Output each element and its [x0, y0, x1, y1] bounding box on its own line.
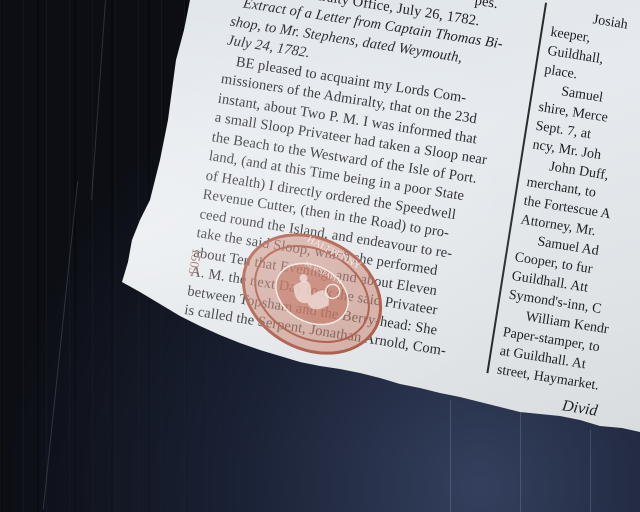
notice-line: Samuel Ad [516, 229, 640, 271]
notice-line: Guildhall, [546, 42, 640, 84]
article-dateline: Admiralty Office, July 26, 1782. [235, 0, 534, 40]
article-line: a small Sloop Privateer had taken a Sloo… [213, 108, 512, 174]
notice-line: Paper-stamper, to [501, 323, 640, 365]
notice-line: Samuel [540, 79, 640, 121]
article-line: A. M. the next Day took the said Private… [189, 263, 488, 329]
column-rule [486, 3, 546, 374]
svg-text:NEWSPAPER: NEWSPAPER [303, 260, 343, 286]
notice-line: John Duff, [528, 154, 640, 196]
notice-line: William Kendr [504, 304, 640, 346]
wood-scratch [590, 430, 591, 512]
article-line: BE pleased to acquaint my Lords Com- [223, 51, 522, 117]
article-line: the Beach to the Westward of the Isle of… [210, 128, 509, 194]
article-line: missioners of the Admiralty, that on the… [220, 70, 519, 136]
notice-line: the Fortescue A [522, 192, 640, 234]
notice-line: Josiah [552, 4, 640, 46]
svg-text:HALFPENNY: HALFPENNY [305, 234, 363, 272]
article-column-left: pes. Admiralty Office, July 26, 1782. Ex… [183, 0, 537, 367]
article-line: of Health) I directly ordered the Speedw… [204, 166, 503, 232]
notice-line: ncy, Mr. Joh [531, 136, 640, 178]
notice-line: Sept. 7, at [534, 117, 640, 159]
notice-line: Symond's-inn, C [507, 286, 640, 328]
article-line: instant, about Two P. M. I was informed … [216, 89, 515, 155]
notice-line: at Guildhall. At [498, 342, 640, 384]
article-line: Revenue Cutter, (then in the Road) to pr… [201, 186, 500, 252]
wood-scratch [450, 400, 451, 512]
notice-line: Cooper, to fur [513, 248, 640, 290]
notice-line: shire, Merce [537, 98, 640, 140]
notices-column-right: Josiah keeper, Guildhall, place. Samuel … [486, 4, 640, 465]
article-line: about Ten that Evening, and about Eleven [192, 243, 491, 309]
notice-line: street, Haymarket. [496, 361, 640, 403]
notice-line: place. [543, 60, 640, 102]
wood-scratch [43, 181, 78, 509]
notice-line: Guildhall. Att [510, 267, 640, 309]
header-fragment: pes. [238, 0, 537, 21]
page-number: 1505 [185, 247, 205, 275]
extract-title: Extract of a Letter from Captain Thomas … [232, 0, 531, 59]
article-line: take the said Sloop, which she performed [195, 224, 494, 290]
article-line: ceed round the Island, and endeavour to … [198, 205, 497, 271]
wood-scratch [520, 410, 521, 512]
notice-line: merchant, to [525, 173, 640, 215]
notice-line: keeper, [549, 23, 640, 65]
notice-line: Attorney, Mr. [519, 211, 640, 253]
article-line: land, (and at this Time being in a poor … [207, 147, 506, 213]
wood-scratch [91, 0, 106, 200]
extract-date: July 24, 1782. [226, 31, 525, 97]
extract-title-continued: shop, to Mr. Stephens, dated Weymouth, [229, 12, 528, 78]
article-line: between Topsham and the Berry-head: She [186, 282, 485, 348]
